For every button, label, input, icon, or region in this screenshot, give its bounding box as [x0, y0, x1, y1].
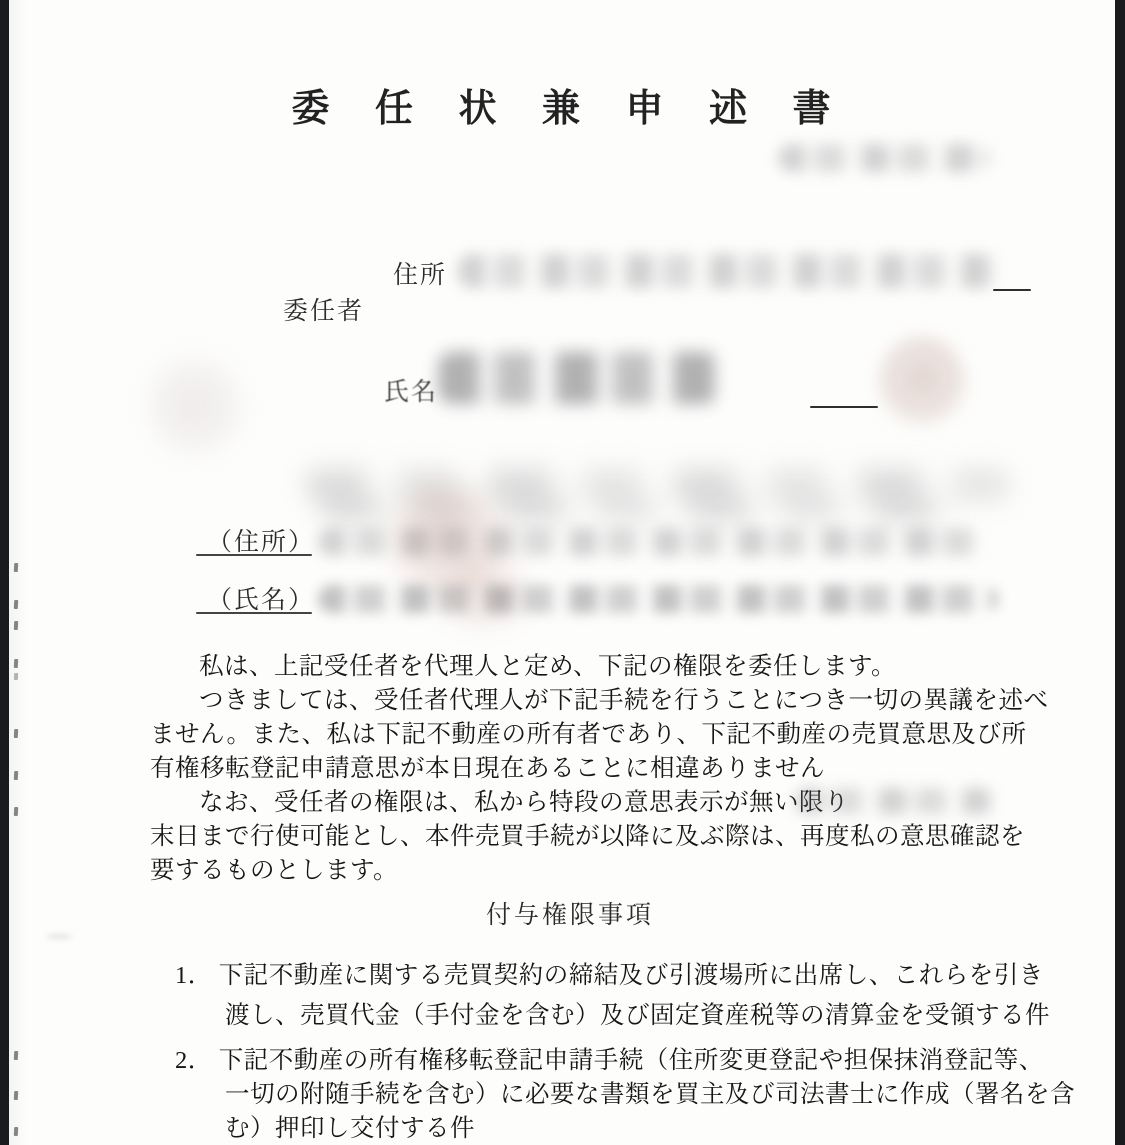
item-text: 下記不動産に関する売買契約の締結及び引渡場所に出席し、これらを引き	[219, 962, 1044, 989]
authority-item-line: む）押印し交付する件	[175, 1112, 1015, 1145]
authority-item-1: 1．下記不動産に関する売買契約の締結及び引渡場所に出席し、これらを引き 渡し、売…	[175, 956, 1015, 1036]
scan-edge-left	[0, 0, 9, 1145]
body-line: ません。また、私は下記不動産の所有者であり、下記不動産の売買意思及び所	[150, 718, 998, 752]
redacted-delegator-name	[438, 352, 718, 404]
scan-edge-right	[1115, 0, 1125, 1145]
agent-name-label: （氏名）	[207, 580, 315, 616]
name-underline	[810, 406, 878, 408]
margin-tick	[14, 673, 18, 680]
item-number: 2．	[175, 1047, 219, 1074]
item-number: 1．	[175, 962, 219, 989]
item-text: 下記不動産の所有権移転登記申請手続（住所変更登記や担保抹消登記等、	[219, 1047, 1044, 1074]
body-paragraph: 私は、上記受任者を代理人と定め、下記の権限を委任します。 つきましては、受任者代…	[150, 650, 998, 888]
delegator-address-label: 住所	[393, 255, 447, 291]
margin-tick	[14, 807, 18, 816]
redacted-expiry-date	[795, 788, 995, 814]
margin-tick	[14, 621, 18, 630]
redacted-agent-name	[318, 585, 998, 613]
authority-item-line: 2．下記不動産の所有権移転登記申請手続（住所変更登記や担保抹消登記等、	[175, 1044, 1015, 1078]
hanko-stamp-left	[146, 350, 244, 462]
authority-item-line: 一切の附随手続を含む）に必要な書類を買主及び司法書士に作成（署名を含	[175, 1078, 1015, 1112]
delegator-name-label: 氏名	[384, 372, 438, 408]
document-title: 委 任 状 兼 申 述 書	[35, 77, 1105, 132]
agent-address-underline	[196, 554, 312, 556]
authority-item-line: 渡し、売買代金（手付金を含む）及び固定資産税等の清算金を受領する件	[175, 996, 1015, 1036]
body-line: 有権移転登記申請意思が本日現在あることに相違ありません	[150, 752, 998, 786]
margin-tick	[14, 563, 18, 572]
scanned-document-page: 委 任 状 兼 申 述 書 委任者 住所 氏名 （住所） （氏名） 私は、上記受…	[0, 0, 1125, 1145]
margin-tick	[14, 729, 18, 738]
agent-name-underline	[196, 612, 312, 614]
body-line: つきましては、受任者代理人が下記手続を行うことにつき一切の異議を述べ	[150, 684, 998, 718]
authority-heading: 付与権限事項	[35, 895, 1105, 931]
margin-tick	[14, 1127, 18, 1136]
margin-tick	[14, 659, 18, 668]
agent-address-label: （住所）	[207, 522, 315, 558]
margin-tick	[14, 1091, 18, 1100]
margin-tick	[14, 600, 18, 609]
redacted-date	[778, 144, 990, 172]
address-underline	[993, 289, 1031, 291]
margin-tick	[14, 771, 18, 780]
redacted-agent-address	[318, 528, 983, 556]
body-line: 私は、上記受任者を代理人と定め、下記の権限を委任します。	[150, 650, 998, 684]
authority-item-2: 2．下記不動産の所有権移転登記申請手続（住所変更登記や担保抹消登記等、 一切の附…	[175, 1044, 1015, 1145]
margin-tick	[14, 1051, 18, 1060]
redacted-delegator-address	[458, 254, 998, 288]
authority-item-line: 1．下記不動産に関する売買契約の締結及び引渡場所に出席し、これらを引き	[175, 956, 1015, 996]
body-line: 要するものとします。	[150, 854, 998, 888]
delegator-role-label: 委任者	[283, 291, 364, 327]
body-line: 末日まで行使可能とし、本件売買手続が以降に及ぶ際は、再度私の意思確認を	[150, 820, 998, 854]
hanko-stamp-right	[876, 334, 968, 432]
scan-smudge	[46, 934, 72, 939]
